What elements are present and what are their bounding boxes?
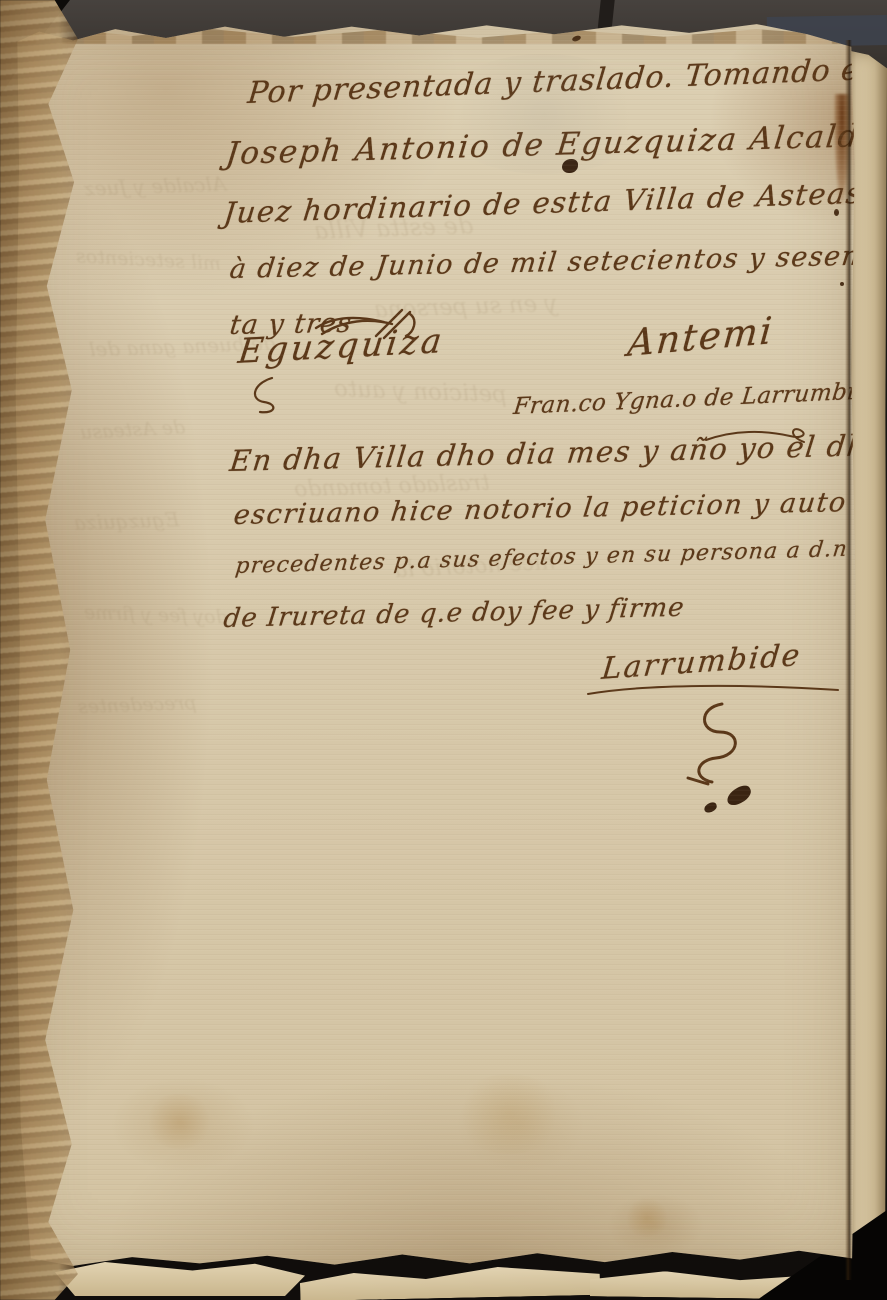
under-page-scrap [300, 1265, 601, 1300]
foxing-stain [144, 1094, 214, 1149]
under-page-scrap [55, 1262, 305, 1296]
auto-line-2: Joseph Antonio de Eguzquiza Alcalde y [224, 117, 887, 172]
auto-line-4: à diez de Junio de mil setecientos y ses… [228, 240, 873, 285]
escribano-name: Fran.co Ygna.o de Larrumbide [512, 378, 886, 420]
showthrough-text: mil setecientos [76, 245, 222, 275]
ink-speck [834, 209, 839, 216]
auto-line-3: Juez hordinario de estta Villa de Asteas… [222, 175, 884, 230]
gutter-crease [845, 40, 852, 1280]
manuscript-page: Alcalde y Juez mil setecientos de buena … [14, 14, 858, 1276]
ink-blot [562, 159, 578, 173]
showthrough-text: Eguzquiza [74, 507, 180, 535]
signature-alcalde-rubric [242, 376, 302, 416]
auto-line-1: Por presentada y traslado. Tomando el S.… [246, 50, 887, 111]
signature-escribano-underline [586, 682, 846, 698]
showthrough-text: precedentes [78, 692, 197, 718]
showthrough-text: doy fee y firme [84, 601, 228, 628]
foxing-stain [454, 1074, 564, 1154]
showthrough-text: peticion y auto [334, 376, 508, 408]
manuscript-scan: Alcalde y Juez mil setecientos de buena … [0, 0, 887, 1300]
ante-mi-label: Antemi [626, 309, 775, 365]
showthrough-text: Alcalde y Juez [84, 172, 227, 201]
notificacion-line-3: precedentes p.a sus efectos y en su pers… [234, 536, 887, 579]
escribano-rubric-flourish [678, 698, 758, 788]
stained-top-edge [14, 26, 858, 44]
showthrough-text: de Asteasu [79, 416, 185, 443]
ink-speck [840, 282, 844, 286]
foxing-stain [624, 1199, 670, 1237]
ink-blot [703, 801, 718, 814]
notificacion-line-4: de Irureta de q.e doy fee y firme [222, 593, 686, 634]
signature-escribano: Larrumbide [600, 638, 803, 687]
notificacion-line-1: En dha Villa dho dia mes y año yo el dho [228, 428, 887, 478]
